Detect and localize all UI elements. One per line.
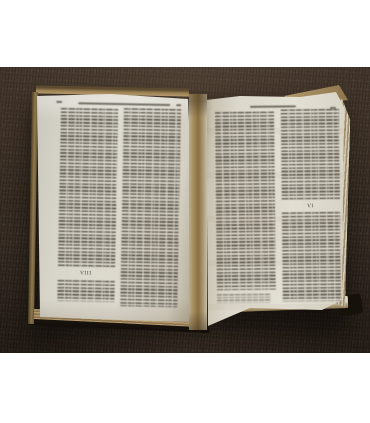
left-page-print: VIII (30, 92, 196, 329)
book-photo: VIII VI (0, 67, 370, 353)
left-page-number-mark (56, 101, 62, 103)
left-running-header-mark (78, 102, 170, 105)
left-page: VIII (34, 93, 196, 327)
left-header-end-mark (176, 104, 181, 106)
left-column-1-text (57, 108, 118, 269)
left-section-numeral: VIII (57, 270, 115, 277)
right-running-header-mark (250, 105, 296, 107)
right-column-1-text (214, 112, 276, 291)
right-page: VI (204, 90, 350, 330)
listing-image-canvas: VIII VI (0, 0, 370, 423)
right-footnote-text (216, 294, 271, 304)
left-column-2-text (119, 108, 181, 307)
left-column-1-text-after-break (56, 280, 114, 302)
right-page-print: VI (204, 89, 353, 331)
right-column-2-text-after-break (281, 212, 341, 302)
book-gutter (189, 94, 207, 330)
right-section-numeral: VI (281, 203, 340, 210)
right-column-2-text (280, 109, 340, 202)
